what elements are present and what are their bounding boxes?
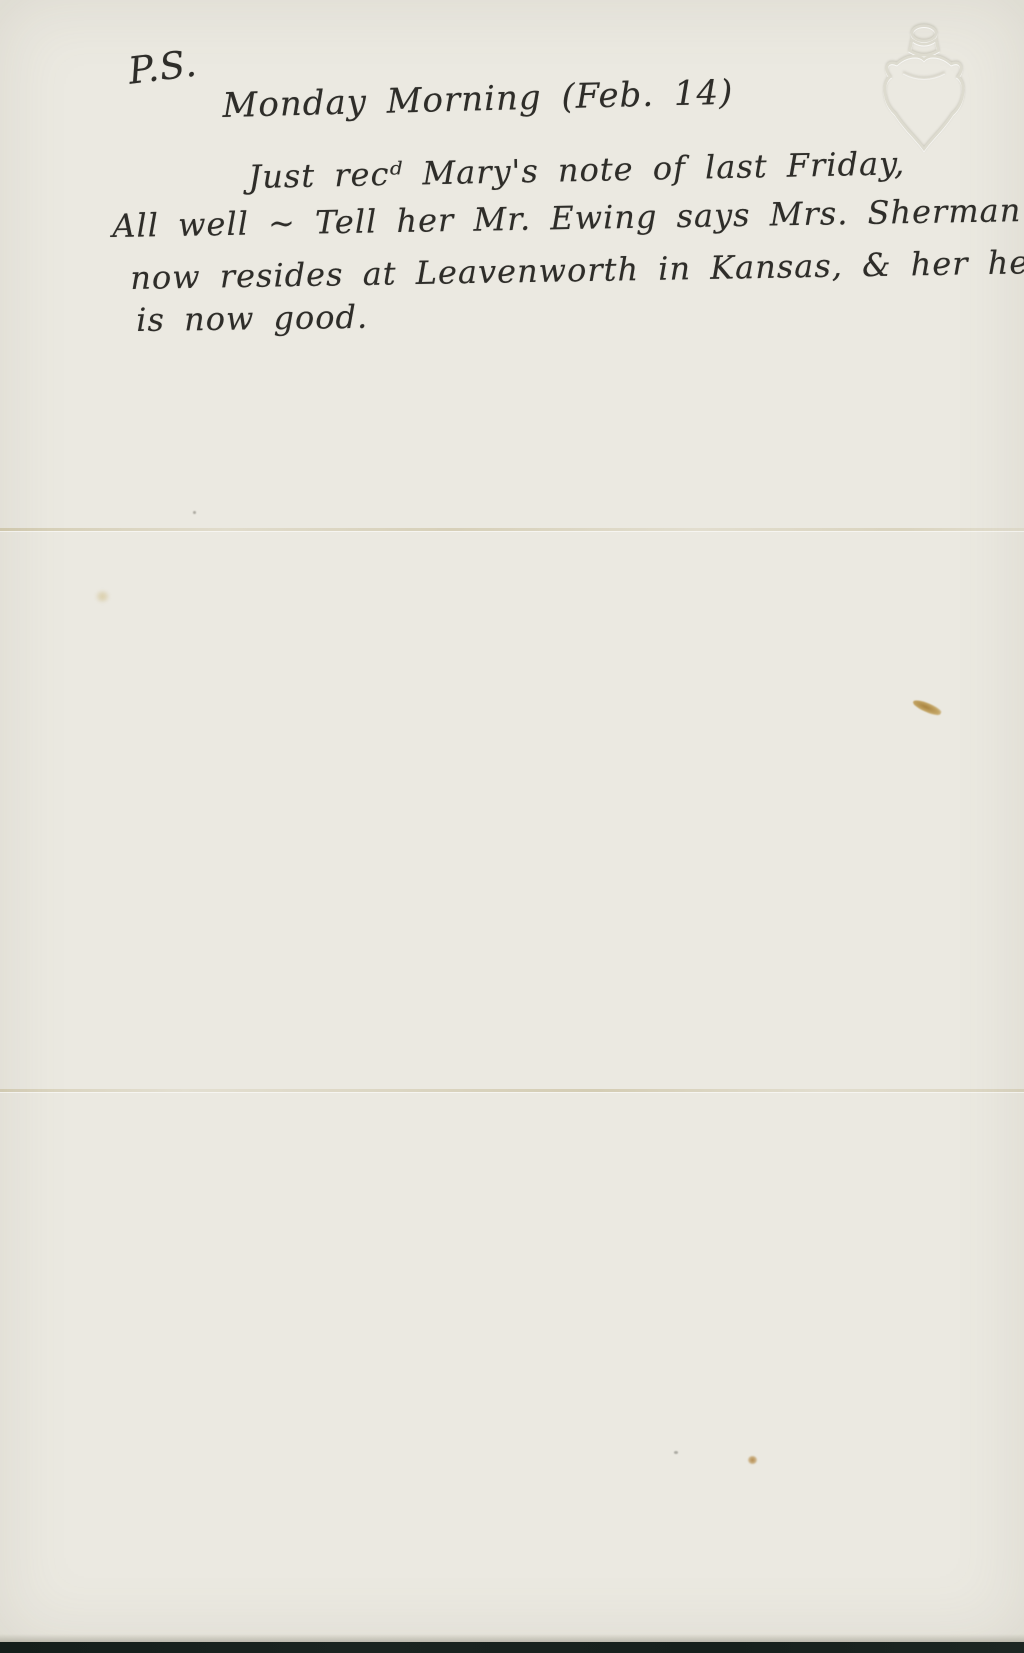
scanned-letter-page: P.S. Monday Morning (Feb. 14) Just recᵈ … bbox=[0, 0, 1024, 1653]
postscript-label: P.S. bbox=[126, 42, 200, 93]
paper-speck bbox=[193, 511, 196, 514]
fold-crease-top bbox=[0, 528, 1024, 531]
paper-speck bbox=[674, 1451, 678, 1454]
foxing-spot bbox=[96, 591, 109, 602]
fold-crease-bottom bbox=[0, 1089, 1024, 1092]
scan-background-edge bbox=[0, 1642, 1024, 1653]
paper-bottom-edge bbox=[0, 1634, 1024, 1642]
foxing-spot bbox=[748, 1456, 757, 1464]
letter-line: is now good. bbox=[136, 298, 368, 339]
embossed-seal-icon bbox=[862, 18, 986, 160]
